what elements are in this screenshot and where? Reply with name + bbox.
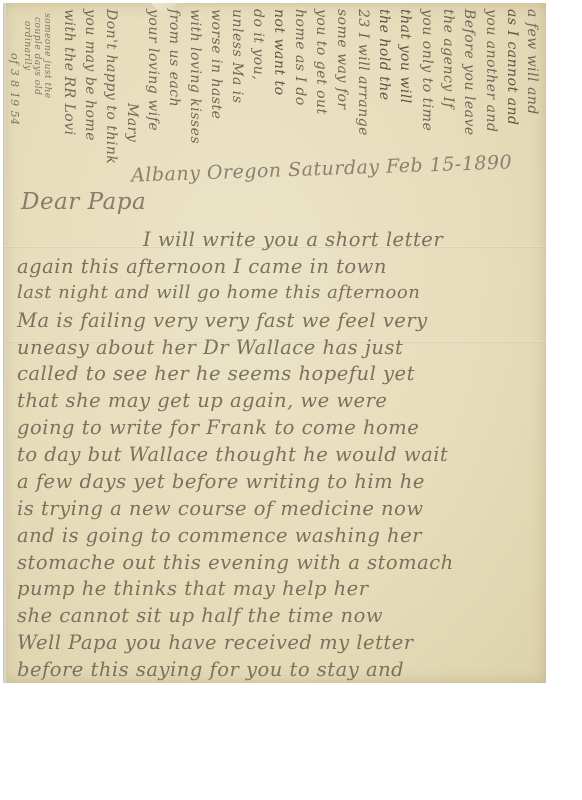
body-line: last night and will go home this afterno…	[17, 282, 420, 303]
margin-line: you only to time	[417, 9, 437, 131]
margin-line: the agency If	[438, 9, 458, 108]
margin-line: some way for	[332, 9, 352, 110]
body-line: uneasy about her Dr Wallace has just	[17, 336, 403, 359]
body-line: before this saying for you to stay and	[17, 658, 404, 681]
body-line: again this afternoon I came in town	[17, 255, 387, 278]
margin-line: home as I do	[290, 9, 310, 106]
margin-line: you may be home	[80, 9, 100, 141]
body-line: stomache out this evening with a stomach	[17, 551, 454, 574]
margin-line: with the RR Lovi	[59, 9, 79, 136]
margin-line: Mary	[122, 103, 142, 142]
body-line: to day but Wallace thought he would wait	[17, 443, 448, 466]
margin-line: the hold the	[374, 9, 394, 101]
margin-note: someone just the	[41, 13, 52, 99]
body-line: Ma is failing very very fast we feel ver…	[17, 309, 428, 332]
body-line: Well Papa you have received my letter	[17, 631, 414, 654]
margin-line: Before you leave	[459, 9, 479, 136]
body-line: is trying a new course of medicine now	[17, 497, 424, 520]
body-line: and is going to commence washing her	[17, 524, 422, 547]
margin-line: Don't happy to think	[101, 9, 121, 164]
margin-line: with loving kisses	[185, 9, 205, 144]
margin-line: you another and	[481, 9, 501, 133]
margin-line: worse in haste	[206, 9, 226, 119]
margin-line: that you will	[395, 9, 415, 104]
margin-note: of 3 8 19 54	[9, 53, 20, 126]
margin-line: from us each	[164, 9, 184, 107]
page-edge	[3, 3, 6, 683]
body-line: called to see her he seems hopeful yet	[17, 362, 415, 385]
letter-page: a few will and as I cannot and you anoth…	[3, 3, 546, 683]
margin-line: you to get out	[311, 9, 331, 115]
body-line: a few days yet before writing to him he	[17, 470, 425, 493]
margin-line: your loving wife	[143, 9, 163, 131]
margin-line: as I cannot and	[502, 9, 522, 126]
margin-line: 23 I will arrange	[353, 9, 373, 136]
margin-line: do it you,	[248, 9, 268, 80]
body-line: she cannot sit up half the time now	[17, 604, 383, 627]
margin-line: a few will and	[522, 9, 542, 115]
margin-line: unless Ma is	[227, 9, 247, 103]
margin-line: not want to	[269, 9, 289, 96]
margin-note: ordinarily	[21, 21, 32, 71]
salutation: Dear Papa	[21, 189, 146, 215]
body-line: that she may get up again, we were	[17, 389, 387, 412]
body-line: I will write you a short letter	[143, 228, 443, 251]
dateline: Albany Oregon Saturday Feb 15-1890	[131, 151, 513, 186]
margin-note: couple days old	[31, 17, 42, 95]
body-line: going to write for Frank to come home	[17, 416, 419, 439]
body-line: pump he thinks that may help her	[17, 577, 369, 600]
